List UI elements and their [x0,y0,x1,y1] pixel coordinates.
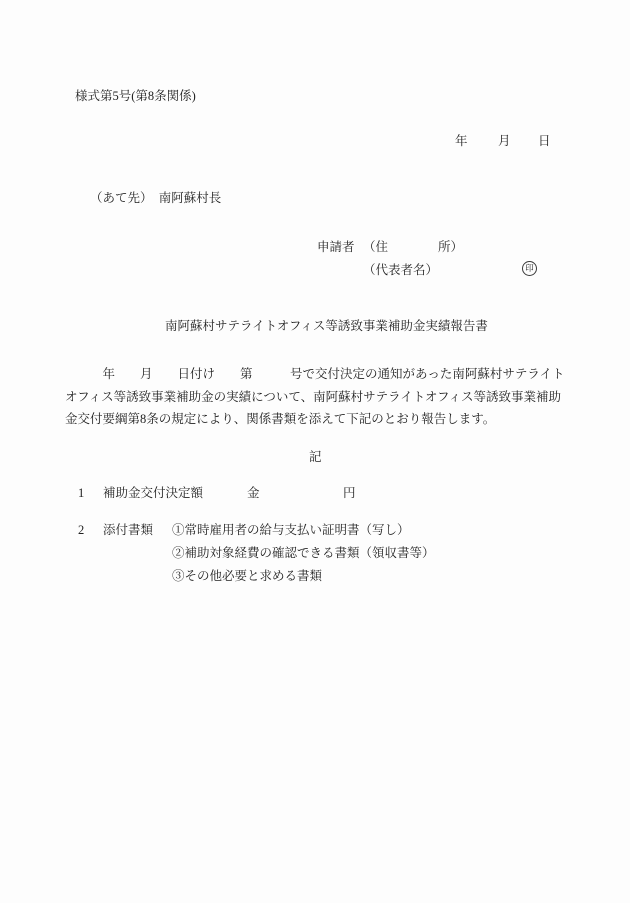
applicant-representative-label: （代表者名） [363,263,438,278]
date-day-label: 日 [538,134,551,149]
item1-currency-prefix: 金 [247,486,260,501]
date-year-label: 年 [455,134,468,149]
item2-attachment-3: ③その他必要と求める書類 [172,569,322,584]
date-month-label: 月 [498,134,511,149]
item2-number: 2 [78,523,84,538]
seal-icon: 印 [522,261,537,276]
item1-label: 補助金交付決定額 [103,486,203,501]
document-page: 様式第5号(第8条関係) 年 月 日 （あて先） 南阿蘇村長 申請者 （住 所）… [0,0,630,903]
item1-currency-suffix: 円 [343,486,356,501]
item2-label: 添付書類 [103,523,153,538]
document-title: 南阿蘇村サテライトオフィス等誘致事業補助金実績報告書 [165,319,488,334]
item1-number: 1 [78,486,84,501]
applicant-label: 申請者 [317,240,355,255]
form-number: 様式第5号(第8条関係) [75,89,196,104]
addressee-line: （あて先） 南阿蘇村長 [90,191,221,206]
item2-attachment-1: ①常時雇用者の給与支払い証明書（写し） [172,523,410,538]
item2-attachment-2: ②補助対象経費の確認できる書類（領収書等） [172,546,435,561]
body-paragraph-line-1: 年 月 日付け 第 号で交付決定の通知があった南阿蘇村サテライト [65,367,565,382]
body-paragraph-line-2: オフィス等誘致事業補助金の実績について、南阿蘇村サテライトオフィス等誘致事業補助 [65,390,561,405]
applicant-address-label: （住 所） [363,240,463,255]
body-paragraph-line-3: 金交付要綱第8条の規定により、関係書類を添えて下記のとおり報告します。 [65,412,495,427]
record-marker: 記 [309,450,322,465]
